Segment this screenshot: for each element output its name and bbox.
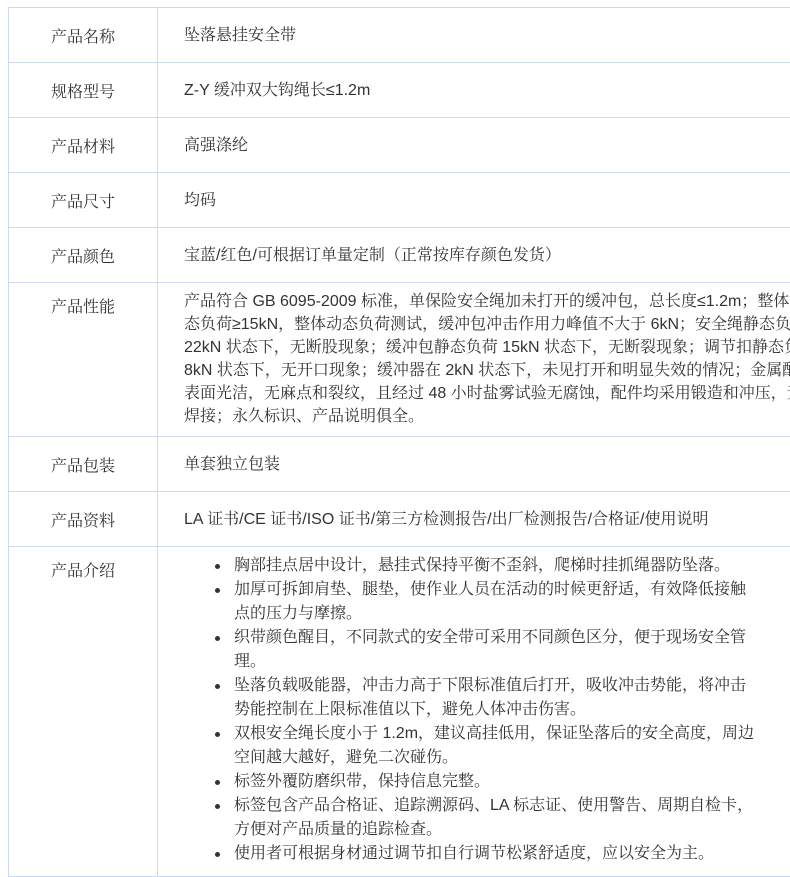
bullet-icon — [215, 732, 220, 737]
spec-value: 单套独立包装 — [158, 437, 790, 492]
spec-value: LA 证书/CE 证书/ISO 证书/第三方检测报告/出厂检测报告/合格证/使用… — [158, 492, 790, 547]
product-spec-page: 产品名称 坠落悬挂安全带 规格型号 Z-Y 缓冲双大钩绳长≤1.2m 产品材料 … — [0, 0, 790, 779]
product-intro-item: 胸部挂点居中设计，悬挂式保持平衡不歪斜，爬梯时挂抓绳器防坠落。 — [234, 554, 757, 578]
spec-label: 产品尺寸 — [9, 173, 158, 228]
product-intro-item: 双根安全绳长度小于 1.2m，建议高挂低用，保证坠落后的安全高度，周边空间越大越… — [234, 722, 757, 770]
product-intro-item: 标签包含产品合格证、追踪溯源码、LA 标志证、使用警告、周期自检卡，方便对产品质… — [234, 794, 757, 842]
product-spec-table: 产品名称 坠落悬挂安全带 规格型号 Z-Y 缓冲双大钩绳长≤1.2m 产品材料 … — [8, 7, 790, 877]
product-intro-item-text: 标签包含产品合格证、追踪溯源码、LA 标志证、使用警告、周期自检卡，方便对产品质… — [234, 797, 753, 838]
spec-row-size: 产品尺寸 均码 — [9, 173, 790, 228]
spec-row-model: 规格型号 Z-Y 缓冲双大钩绳长≤1.2m — [9, 63, 790, 118]
product-intro-item: 加厚可拆卸肩垫、腿垫，使作业人员在活动的时候更舒适，有效降低接触点的压力与摩擦。 — [234, 578, 757, 626]
spec-value: 宝蓝/红色/可根据订单量定制（正常按库存颜色发货） — [158, 228, 790, 283]
spec-label: 产品资料 — [9, 492, 158, 547]
bullet-icon — [215, 804, 220, 809]
spec-value: Z-Y 缓冲双大钩绳长≤1.2m — [158, 63, 790, 118]
spec-value: 坠落悬挂安全带 — [158, 8, 790, 63]
bullet-icon — [215, 852, 220, 857]
spec-label: 产品颜色 — [9, 228, 158, 283]
spec-label: 规格型号 — [9, 63, 158, 118]
spec-label: 产品名称 — [9, 8, 158, 63]
bullet-icon — [215, 684, 220, 689]
spec-value: 均码 — [158, 173, 790, 228]
spec-value: 高强涤纶 — [158, 118, 790, 173]
product-intro-item: 使用者可根据身材通过调节扣自行调节松紧舒适度，应以安全为主。 — [234, 842, 757, 866]
product-intro-item-text: 双根安全绳长度小于 1.2m，建议高挂低用，保证坠落后的安全高度，周边空间越大越… — [234, 725, 754, 766]
spec-label: 产品包装 — [9, 437, 158, 492]
product-intro-item: 织带颜色醒目，不同款式的安全带可采用不同颜色区分，便于现场安全管理。 — [234, 626, 757, 674]
product-intro-item: 标签外覆防磨织带，保持信息完整。 — [234, 770, 757, 794]
product-intro-item-text: 坠落负载吸能器，冲击力高于下限标准值后打开，吸收冲击势能，将冲击势能控制在上限标… — [234, 677, 746, 718]
product-intro-list: 胸部挂点居中设计，悬挂式保持平衡不歪斜，爬梯时挂抓绳器防坠落。 加厚可拆卸肩垫、… — [184, 554, 790, 866]
product-intro-item-text: 加厚可拆卸肩垫、腿垫，使作业人员在活动的时候更舒适，有效降低接触点的压力与摩擦。 — [234, 581, 746, 622]
spec-label: 产品性能 — [9, 283, 158, 437]
spec-row-introduction: 产品介绍 胸部挂点居中设计，悬挂式保持平衡不歪斜，爬梯时挂抓绳器防坠落。 加厚可… — [9, 547, 790, 877]
product-intro-item-text: 标签外覆防磨织带，保持信息完整。 — [234, 773, 490, 790]
bullet-icon — [215, 636, 220, 641]
bullet-icon — [215, 780, 220, 785]
product-intro-item-text: 使用者可根据身材通过调节扣自行调节松紧舒适度，应以安全为主。 — [234, 845, 714, 862]
spec-row-product-name: 产品名称 坠落悬挂安全带 — [9, 8, 790, 63]
product-intro-item-text: 织带颜色醒目，不同款式的安全带可采用不同颜色区分，便于现场安全管理。 — [234, 629, 746, 670]
bullet-icon — [215, 564, 220, 569]
spec-row-color: 产品颜色 宝蓝/红色/可根据订单量定制（正常按库存颜色发货） — [9, 228, 790, 283]
spec-row-performance: 产品性能 产品符合 GB 6095-2009 标准，单保险安全绳加未打开的缓冲包… — [9, 283, 790, 437]
spec-label: 产品介绍 — [9, 547, 158, 877]
product-intro-item: 坠落负载吸能器，冲击力高于下限标准值后打开，吸收冲击势能，将冲击势能控制在上限标… — [234, 674, 757, 722]
spec-value: 胸部挂点居中设计，悬挂式保持平衡不歪斜，爬梯时挂抓绳器防坠落。 加厚可拆卸肩垫、… — [158, 547, 790, 877]
spec-row-documents: 产品资料 LA 证书/CE 证书/ISO 证书/第三方检测报告/出厂检测报告/合… — [9, 492, 790, 547]
spec-row-material: 产品材料 高强涤纶 — [9, 118, 790, 173]
spec-value: 产品符合 GB 6095-2009 标准，单保险安全绳加未打开的缓冲包，总长度≤… — [158, 283, 790, 437]
product-intro-item-text: 胸部挂点居中设计，悬挂式保持平衡不歪斜，爬梯时挂抓绳器防坠落。 — [234, 557, 730, 574]
spec-label: 产品材料 — [9, 118, 158, 173]
bullet-icon — [215, 588, 220, 593]
spec-row-packaging: 产品包装 单套独立包装 — [9, 437, 790, 492]
